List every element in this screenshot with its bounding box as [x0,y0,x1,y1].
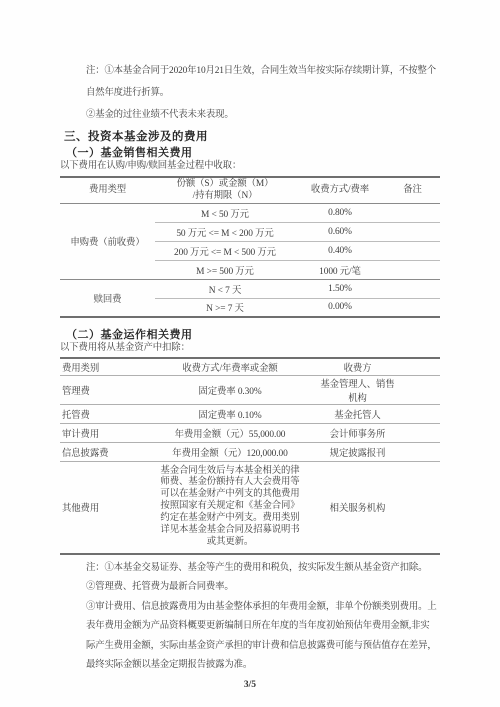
table-row: 托管费 固定费率 0.10% 基金托管人 [60,404,440,423]
header-fee-type: 费用类型 [60,177,155,203]
note-line: 最终实际金额以基金定期报告披露为准。 [86,656,440,676]
condition-cell: 200 万元 <= M < 500 万元 [155,241,295,260]
payee-cell: 相关服务机构 [320,461,440,554]
method-cell: 年费用金额（元）120,000.00 [140,442,320,461]
sales-intro: 以下费用在认购/申购/赎回基金过程中收取： [60,160,440,172]
payee-cell: 规定披露报刊 [320,442,440,461]
condition-cell: N < 7 天 [155,279,295,298]
table-row: 信息披露费 年费用金额（元）120,000.00 规定披露报刊 [60,442,440,461]
payee-cell: 基金托管人 [320,404,440,423]
table-row: 赎回费 N < 7 天 1.50% [60,279,440,298]
operation-fee-table: 费用类别 收费方式/年费率或金额 收费方 管理费 固定费率 0.30% 基金管理… [60,357,440,555]
header-fee-category: 费用类别 [60,358,140,375]
header-amount-term: 份额（S）或金额（M） /持有期限（N） [155,177,295,203]
note-line: 注：①本基金合同于2020年10月21日生效，合同生效当年按实际存续期计算，不按… [86,60,440,82]
header-rate: 收费方式/费率 [295,177,385,203]
fee-type-cell: 申购费（前收费） [60,203,155,279]
table-header-row: 费用类别 收费方式/年费率或金额 收费方 [60,358,440,375]
fee-category-cell: 其他费用 [60,461,140,554]
subsection-sales-title: （一）基金销售相关费用 [60,146,440,160]
method-cell: 年费用金额（元）55,000.00 [140,423,320,442]
header-method: 收费方式/年费率或金额 [140,358,320,375]
header-amount-line1: 份额（S）或金额（M） [155,178,295,190]
rate-cell: 0.80% [295,203,385,222]
header-amount-line2: /持有期限（N） [155,190,295,202]
page-number: 3/5 [60,678,440,692]
note-line: 自然年度进行折算。 [86,82,440,104]
rate-cell: 0.00% [295,298,385,317]
rate-cell: 0.60% [295,222,385,241]
condition-cell: 50 万元 <= M < 200 万元 [155,222,295,241]
table-row: 审计费用 年费用金额（元）55,000.00 会计师事务所 [60,423,440,442]
method-cell: 固定费率 0.30% [140,375,320,404]
rate-cell: 0.40% [295,241,385,260]
payee-cell: 会计师事务所 [320,423,440,442]
section-title: 三、投资本基金涉及的费用 [60,130,440,145]
note-line: ②基金的过往业绩不代表未来表现。 [86,104,440,126]
table-row: 申购费（前收费） M < 50 万元 0.80% [60,203,440,222]
note-line: 注：①本基金交易证券、基金等产生的费用和税负，按实际发生额从基金资产扣除。 [86,559,440,579]
fee-type-cell: 赎回费 [60,279,155,317]
operation-intro: 以下费用将从基金资产中扣除： [60,342,440,354]
rate-cell: 1.50% [295,279,385,298]
remark-cell [385,298,440,317]
note-line: 际产生费用金额，实际由基金资产承担的审计费和信息披露费可能与预估值存在差异， [86,637,440,657]
sales-fee-table: 费用类型 份额（S）或金额（M） /持有期限（N） 收费方式/费率 备注 申购费… [60,176,440,318]
fee-category-cell: 管理费 [60,375,140,404]
remark-cell [385,241,440,260]
note-line: 表年费用金额为产品资料概要更新编制日所在年度的当年度初始预估年费用金额,非实 [86,617,440,637]
header-remark: 备注 [385,177,440,203]
method-cell: 基金合同生效后与本基金相关的律师费、基金份额持有人大会费用等可以在基金财产中列支… [140,461,320,554]
remark-cell [385,222,440,241]
remark-cell [385,279,440,298]
subsection-operation-title: （二）基金运作相关费用 [60,328,440,342]
note-line: ③审计费用、信息披露费用为由基金整体承担的年费用金额，非单个份额类别费用。上 [86,598,440,618]
remark-cell [385,203,440,222]
note-line: ②管理费、托管费为最新合同费率。 [86,578,440,598]
fee-category-cell: 托管费 [60,404,140,423]
rate-cell: 1000 元/笔 [295,260,385,279]
table-row: 其他费用 基金合同生效后与本基金相关的律师费、基金份额持有人大会费用等可以在基金… [60,461,440,554]
top-notes: 注：①本基金合同于2020年10月21日生效，合同生效当年按实际存续期计算，不按… [60,60,440,126]
table-header-row: 费用类型 份额（S）或金额（M） /持有期限（N） 收费方式/费率 备注 [60,177,440,203]
bottom-notes: 注：①本基金交易证券、基金等产生的费用和税负，按实际发生额从基金资产扣除。 ②管… [60,559,440,676]
fee-category-cell: 审计费用 [60,423,140,442]
fee-category-cell: 信息披露费 [60,442,140,461]
header-payee: 收费方 [320,358,440,375]
table-row: 管理费 固定费率 0.30% 基金管理人、销售机构 [60,375,440,404]
payee-cell: 基金管理人、销售机构 [320,375,440,404]
condition-cell: M >= 500 万元 [155,260,295,279]
condition-cell: M < 50 万元 [155,203,295,222]
method-cell: 固定费率 0.10% [140,404,320,423]
document-page: 注：①本基金合同于2020年10月21日生效，合同生效当年按实际存续期计算，不按… [0,0,500,707]
remark-cell [385,260,440,279]
condition-cell: N >= 7 天 [155,298,295,317]
